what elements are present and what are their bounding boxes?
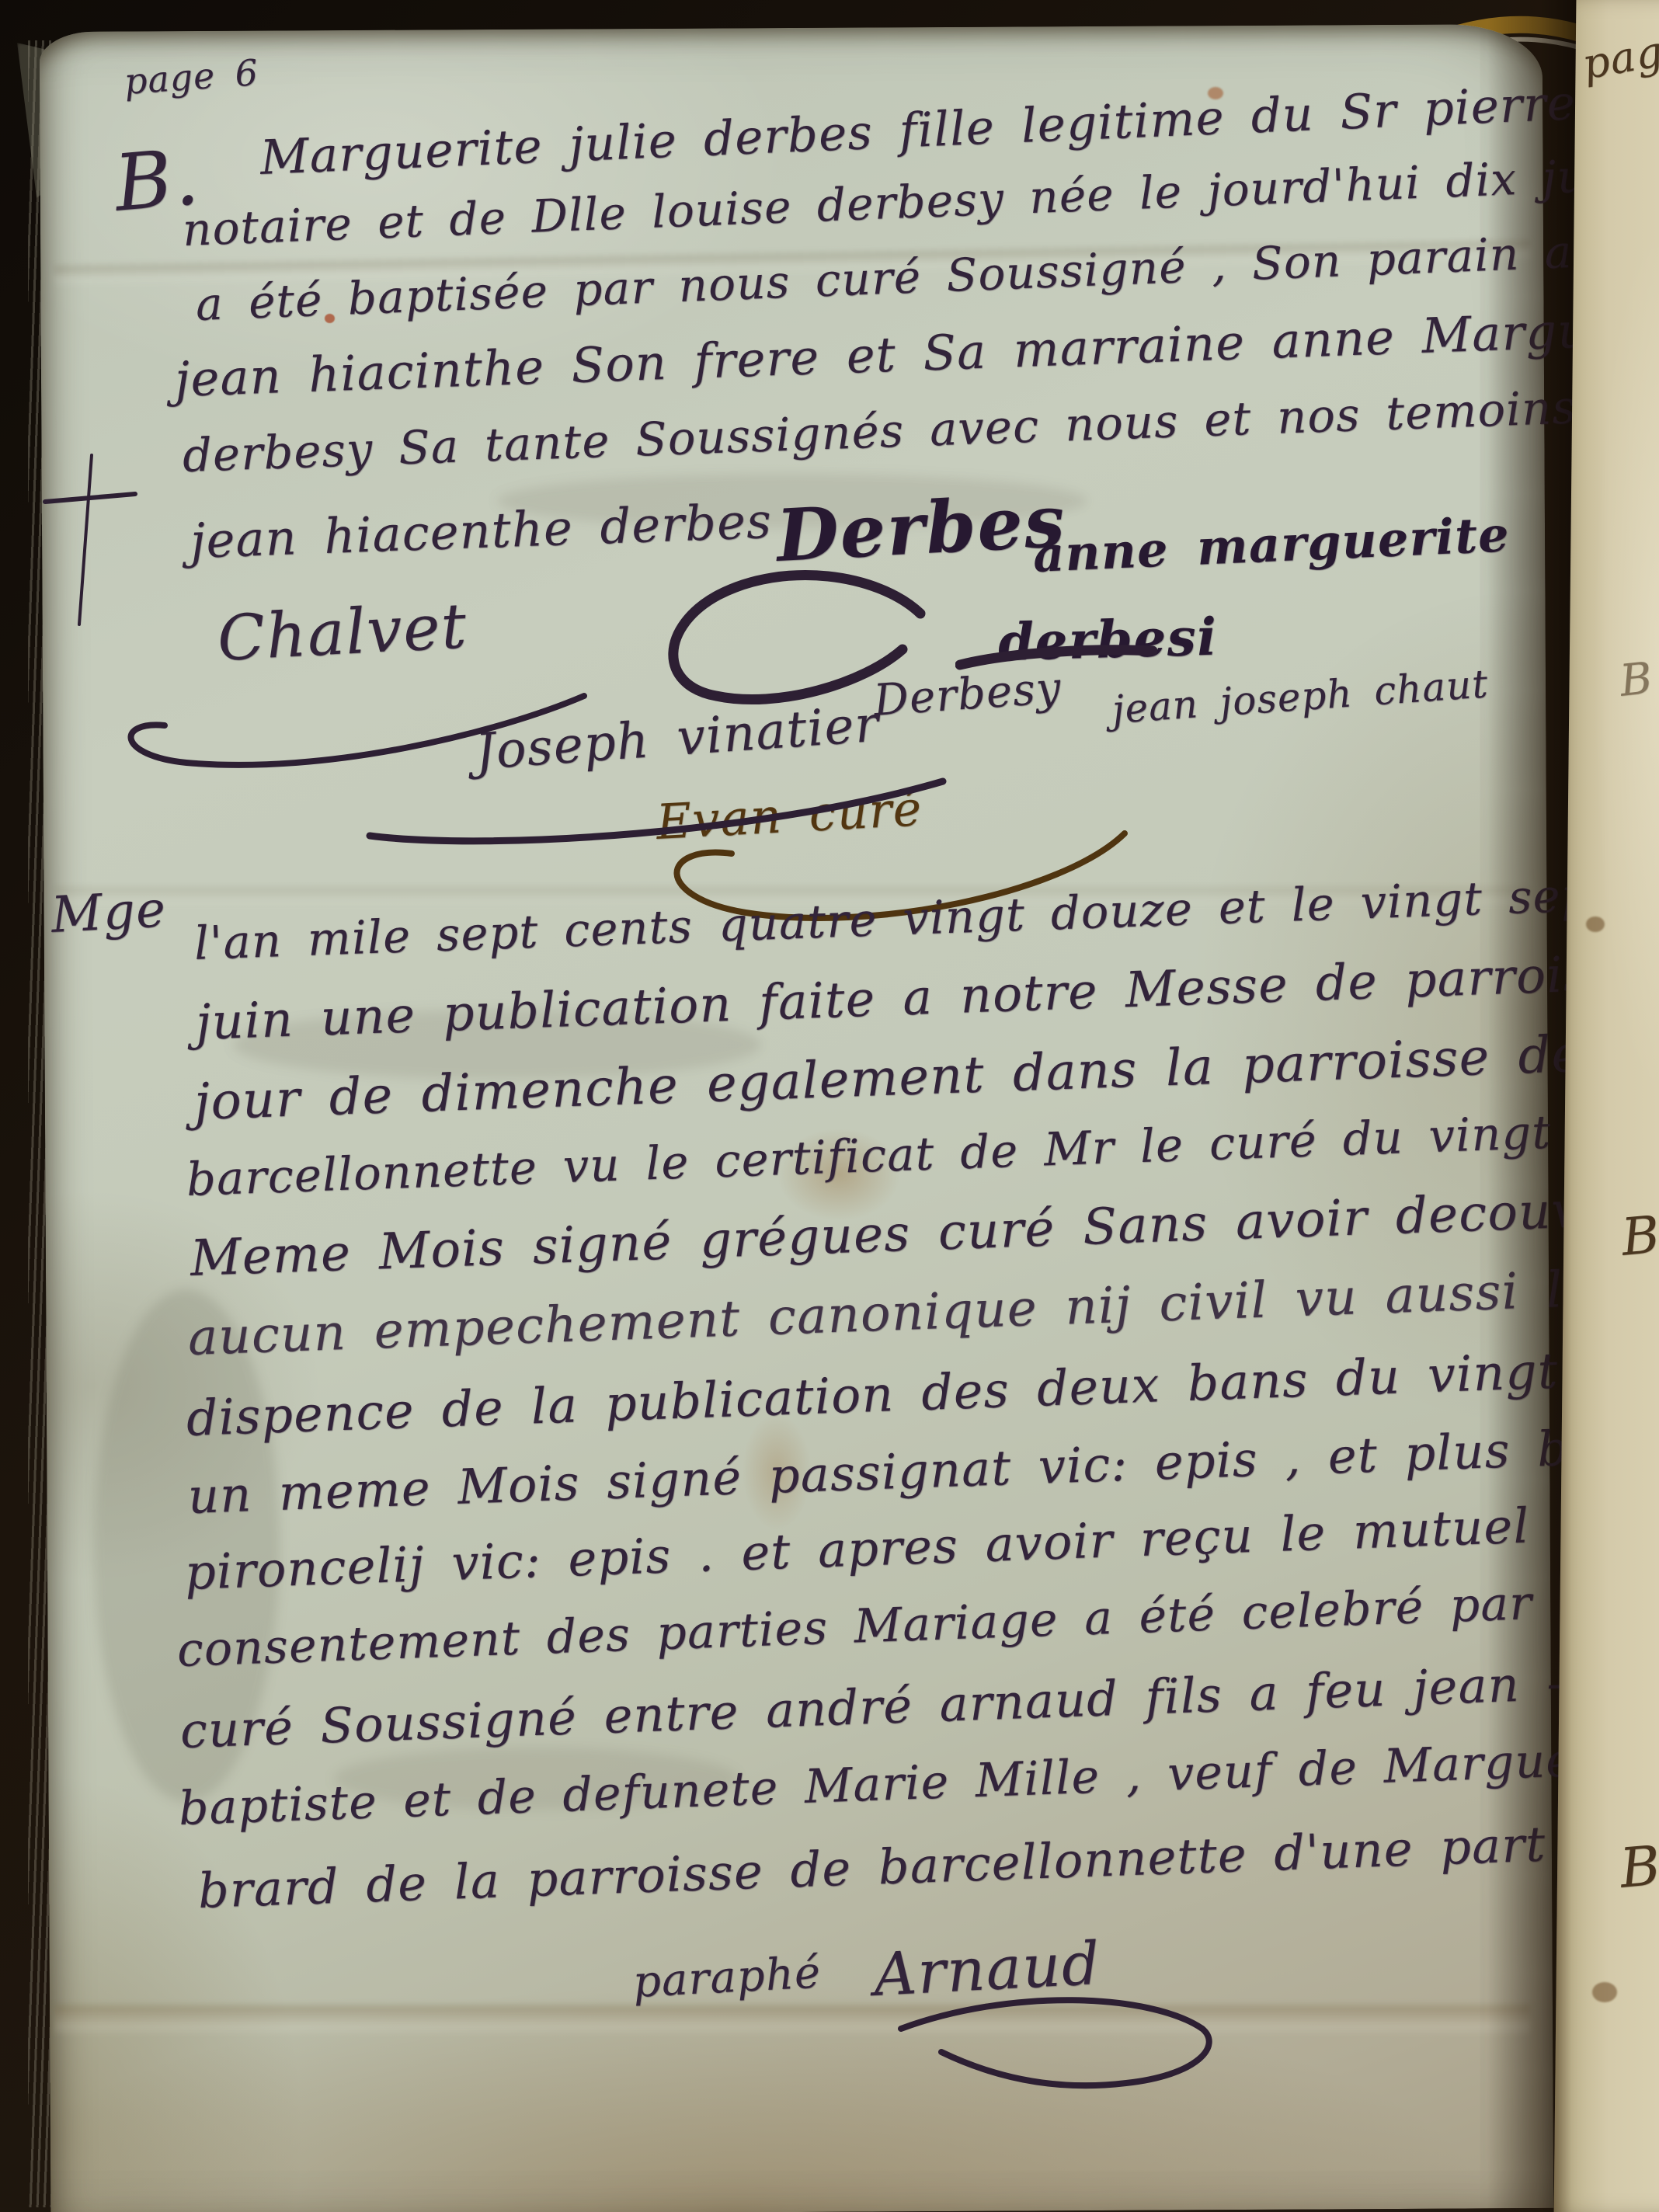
marriage-margin-abbrev: Mge bbox=[50, 881, 168, 944]
manuscript-photo: page 6 B. Marguerite julie derbes fille … bbox=[0, 0, 1659, 2212]
facing-page-initial-fragment: B bbox=[1618, 653, 1656, 707]
signature-chalvet: Chalvet bbox=[216, 590, 469, 675]
arnaud-paraph-flourish bbox=[893, 1981, 1227, 2120]
facing-page-initial-fragment: B bbox=[1617, 1834, 1659, 1901]
paraphe-label: paraphé bbox=[631, 1947, 822, 2008]
facing-page-initial-fragment: B bbox=[1619, 1205, 1659, 1268]
paraph-swirl-flourish bbox=[645, 567, 940, 722]
signature-derbes: Derbes bbox=[774, 479, 1068, 578]
margin-cross-mark bbox=[40, 450, 141, 629]
